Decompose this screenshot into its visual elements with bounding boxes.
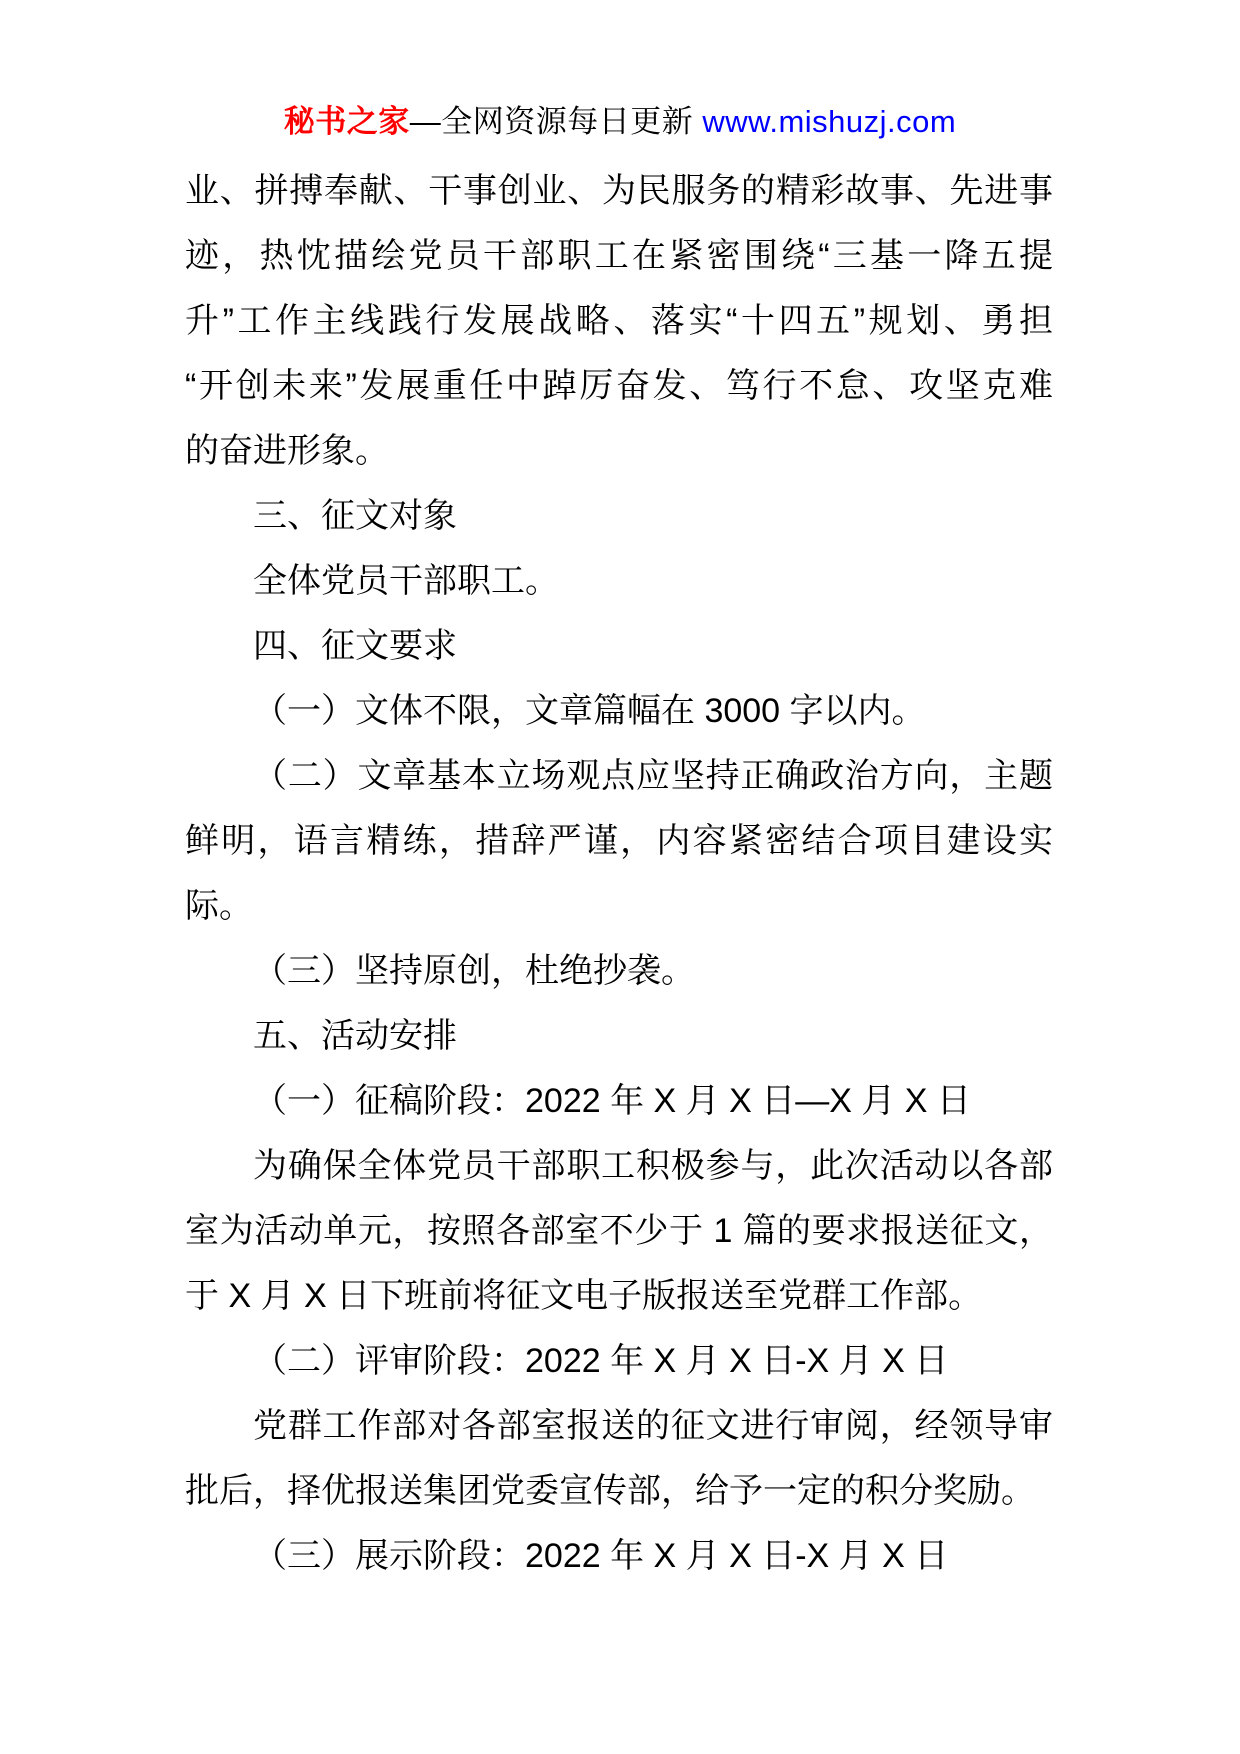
document-line: 的奋进形象。 — [185, 419, 1053, 484]
document-line: 迹，热忱描绘党员干部职工在紧密围绕“三基一降五提 — [185, 224, 1053, 289]
document-line: 全体党员干部职工。 — [185, 549, 1053, 614]
section-heading: 四、征文要求 — [185, 614, 1053, 679]
document-body: 业、拼搏奉献、干事创业、为民服务的精彩故事、先进事 迹，热忱描绘党员干部职工在紧… — [185, 159, 1053, 1589]
document-line: （一）文体不限，文章篇幅在 3000 字以内。 — [185, 679, 1053, 744]
document-line: 室为活动单元，按照各部室不少于 1 篇的要求报送征文， — [185, 1199, 1053, 1264]
section-heading: 五、活动安排 — [185, 1004, 1053, 1069]
page-header: 秘书之家—全网资源每日更新 www.mishuzj.com — [0, 100, 1240, 144]
document-line: （一）征稿阶段：2022 年 X 月 X 日—X 月 X 日 — [185, 1069, 1053, 1134]
document-line: （三）展示阶段：2022 年 X 月 X 日-X 月 X 日 — [185, 1524, 1053, 1589]
document-line: 业、拼搏奉献、干事创业、为民服务的精彩故事、先进事 — [185, 159, 1053, 224]
site-url-link[interactable]: www.mishuzj.com — [702, 104, 956, 139]
document-page: 秘书之家—全网资源每日更新 www.mishuzj.com 业、拼搏奉献、干事创… — [0, 0, 1240, 1754]
document-line: 升”工作主线践行发展战略、落实“十四五”规划、勇担 — [185, 289, 1053, 354]
document-line: 鲜明，语言精练，措辞严谨，内容紧密结合项目建设实 — [185, 809, 1053, 874]
document-line: 党群工作部对各部室报送的征文进行审阅，经领导审 — [185, 1394, 1053, 1459]
document-line: “开创未来”发展重任中踔厉奋发、笃行不怠、攻坚克难 — [185, 354, 1053, 419]
document-line: 批后，择优报送集团党委宣传部，给予一定的积分奖励。 — [185, 1459, 1053, 1524]
document-line: （二）评审阶段：2022 年 X 月 X 日-X 月 X 日 — [185, 1329, 1053, 1394]
document-line: （三）坚持原创，杜绝抄袭。 — [185, 939, 1053, 1004]
document-line: 于 X 月 X 日下班前将征文电子版报送至党群工作部。 — [185, 1264, 1053, 1329]
site-tagline: —全网资源每日更新 — [410, 104, 703, 139]
section-heading: 三、征文对象 — [185, 484, 1053, 549]
document-line: 为确保全体党员干部职工积极参与，此次活动以各部 — [185, 1134, 1053, 1199]
site-brand: 秘书之家 — [284, 104, 410, 139]
document-line: （二）文章基本立场观点应坚持正确政治方向，主题 — [185, 744, 1053, 809]
document-line: 际。 — [185, 874, 1053, 939]
